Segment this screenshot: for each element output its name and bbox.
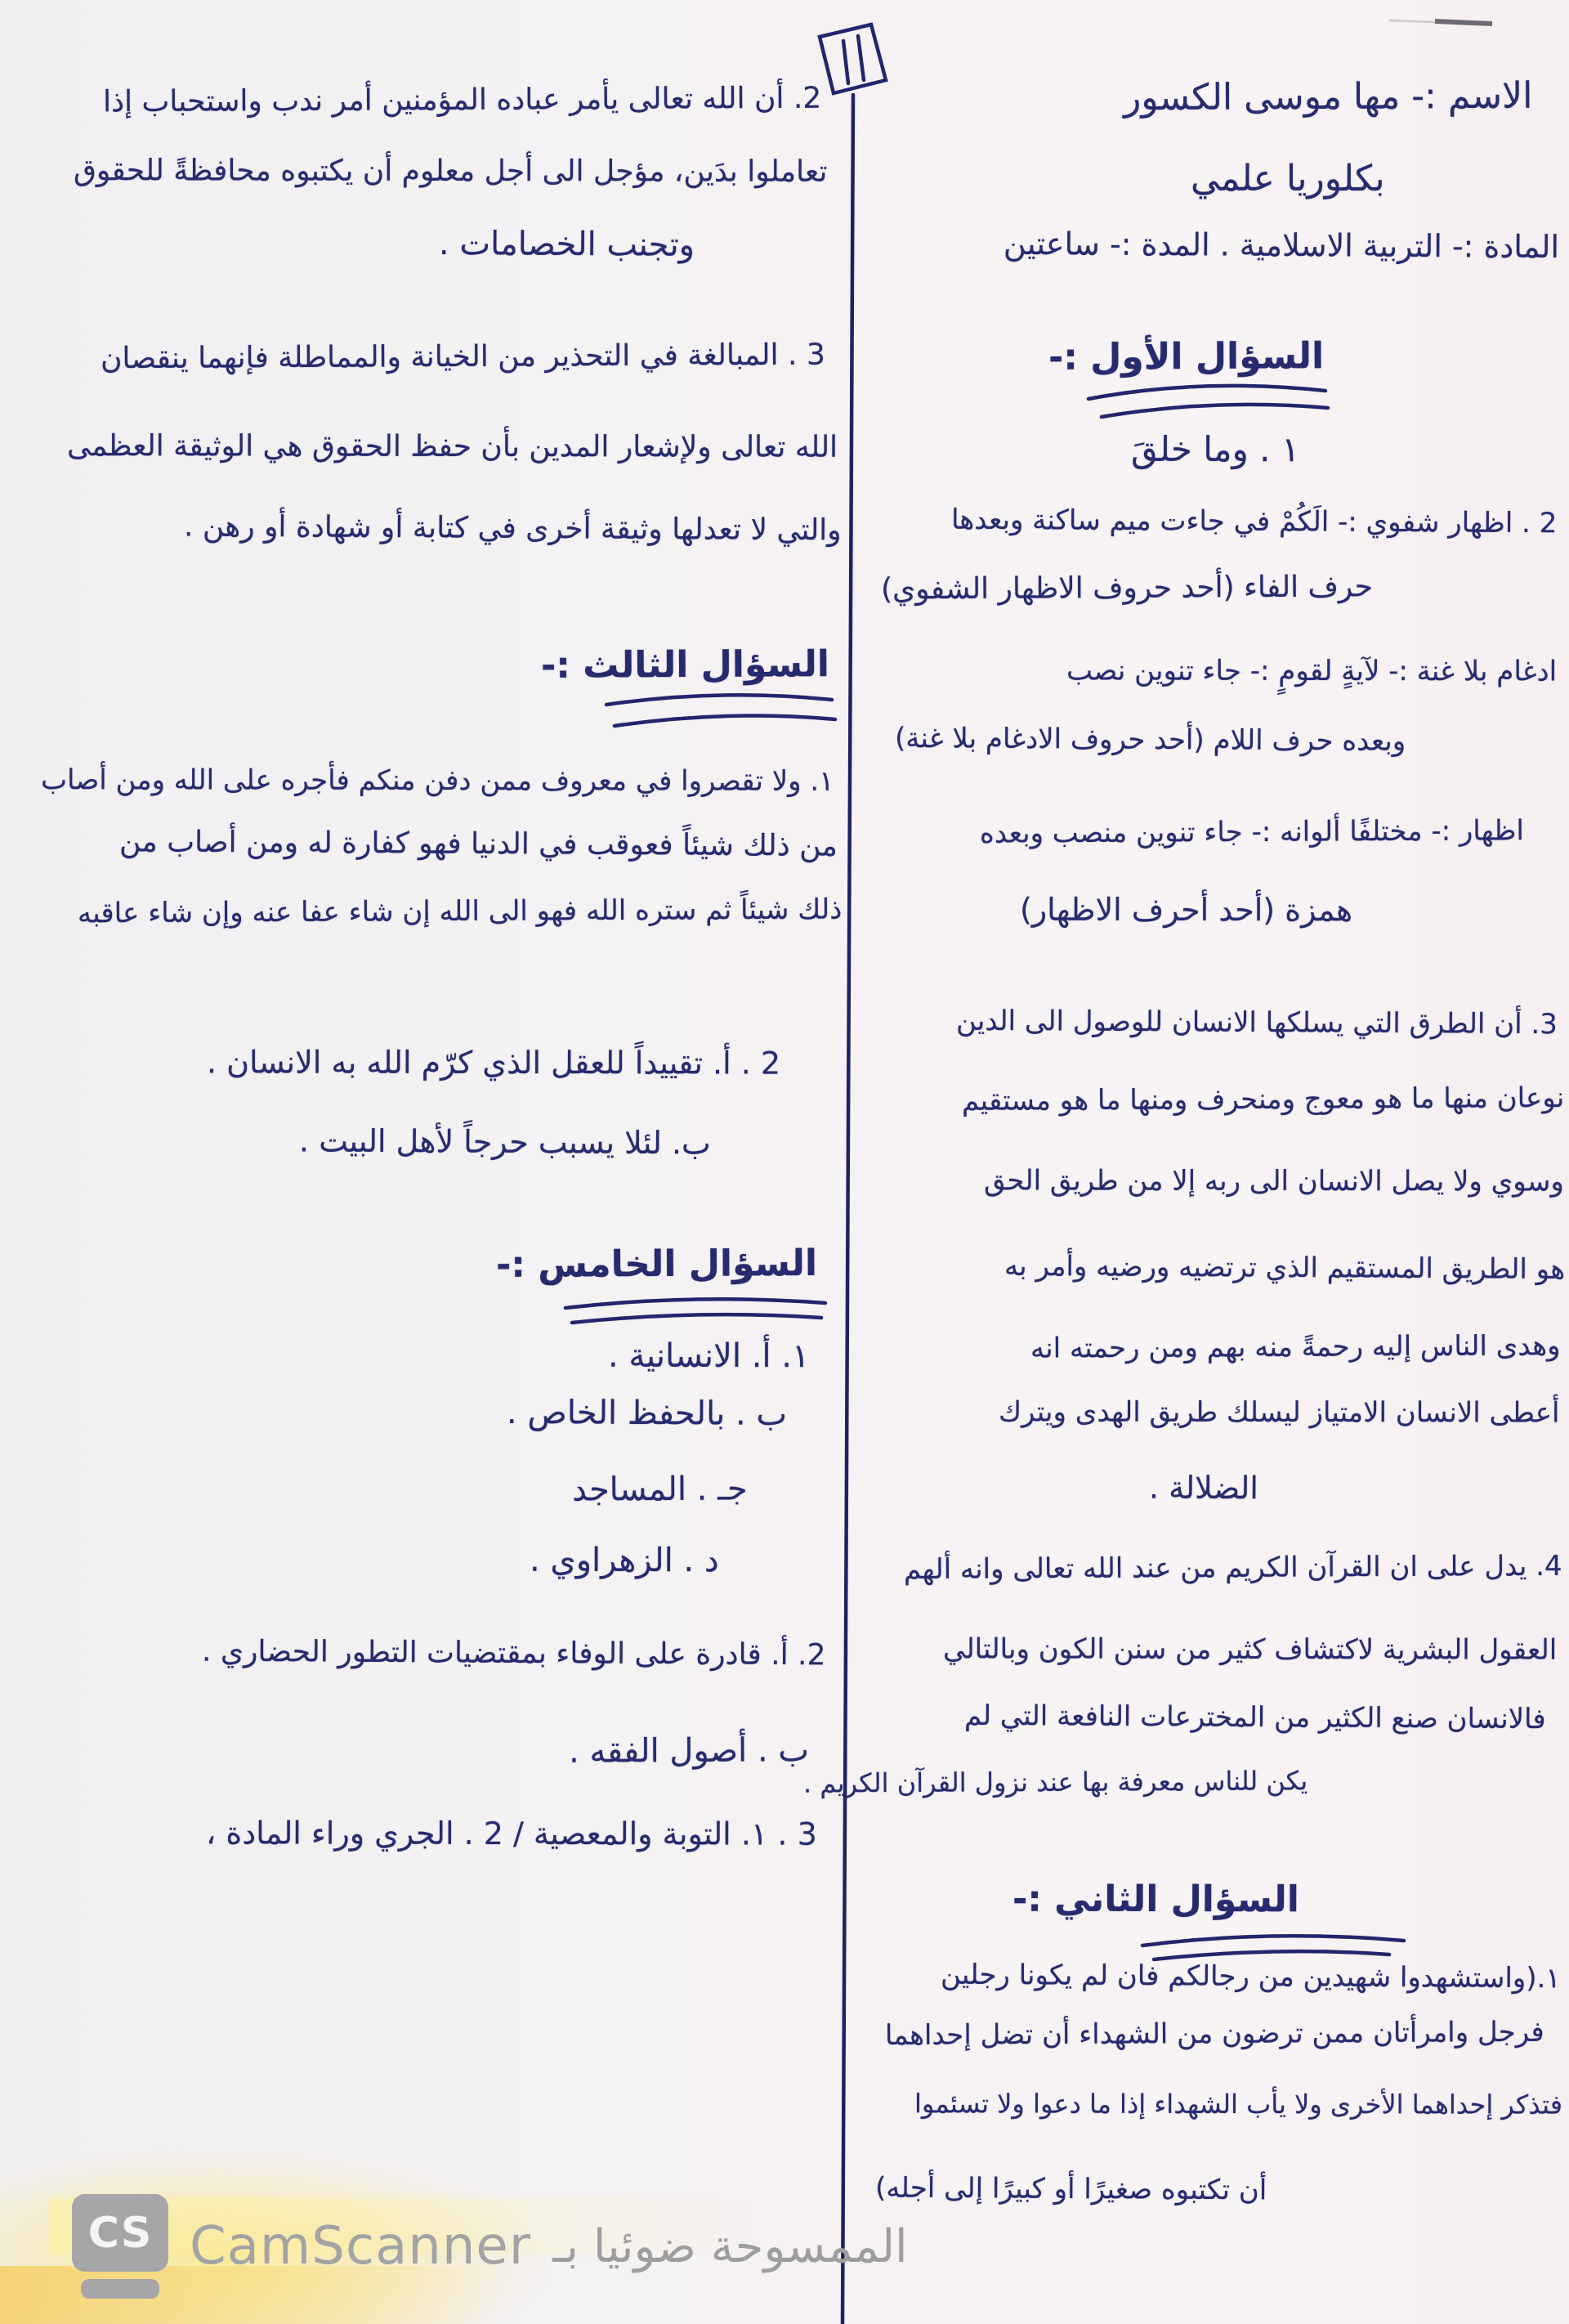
handwritten-line: ب. لئلا يسبب حرجاً لأهل البيت . <box>299 1124 711 1161</box>
handwritten-line: ذلك شيئاً ثم ستره الله فهو الى الله إن ش… <box>78 895 843 929</box>
handwritten-line: وهدى الناس إليه رحمةً منه بهم ومن رحمته … <box>1030 1331 1561 1364</box>
page-number-box <box>820 25 886 93</box>
handwritten-line: العقول البشرية لاكتشاف كثير من سنن الكون… <box>943 1634 1557 1666</box>
handwritten-line: أن تكتبوه صغيرًا أو كبيرًا إلى أجله) <box>875 2174 1267 2206</box>
question5-underline <box>565 1299 825 1323</box>
handwritten-line: اظهار :- مختلفًا ألوانه :- جاء تنوين منص… <box>980 816 1524 849</box>
camscanner-arabic-text: الممسوحة ضوئيا بـ <box>552 2220 908 2273</box>
question3-heading: السؤال الثالث :- <box>541 645 829 686</box>
handwritten-line: تعاملوا بدَين، مؤجل الى أجل معلوم أن يكت… <box>74 154 827 188</box>
handwritten-line: الله تعالى ولإشعار المدين بأن حفظ الحقوق… <box>67 430 838 463</box>
camscanner-logo-chin <box>81 2279 160 2299</box>
question2-underline <box>1142 1936 1404 1959</box>
question5-heading: السؤال الخامس :- <box>496 1244 817 1285</box>
handwritten-line: ادغام بلا غنة :- لآيةٍ لقومٍ :- جاء تنوي… <box>1066 656 1557 687</box>
handwritten-line: وبعده حرف اللام (أحد حروف الادغام بلا غن… <box>895 723 1406 757</box>
column-divider-line <box>843 95 853 2324</box>
question3-underline <box>606 695 835 726</box>
handwritten-line: 3 . المبالغة في التحذير من الخيانة والمم… <box>101 339 825 375</box>
scan-artifact-line <box>1389 20 1492 24</box>
handwritten-line: ١. ولا تقصروا في معروف ممن دفن منكم فأجر… <box>41 765 834 797</box>
handwritten-line: هو الطريق المستقيم الذي ترتضيه ورضيه وأم… <box>1004 1252 1565 1286</box>
handwritten-line: 3 . ١. التوبة والمعصية / 2 . الجري وراء … <box>206 1816 817 1852</box>
handwritten-line: حرف الفاء (أحد حروف الاظهار الشفوي) <box>881 571 1373 606</box>
handwritten-line: من ذلك شيئاً فعوقب في الدنيا فهو كفارة ل… <box>119 826 838 862</box>
camscanner-brand-text: CamScanner <box>190 2216 531 2277</box>
handwritten-line: 2. أ. قادرة على الوفاء بمقتضيات التطور ا… <box>201 1636 825 1672</box>
handwritten-line: والتي لا تعدلها وثيقة أخرى في كتابة أو ش… <box>184 511 842 548</box>
handwritten-line: يكن للناس معرفة بها عند نزول القرآن الكر… <box>803 1767 1307 1798</box>
handwritten-line: ١ . وما خلقَ <box>1131 431 1300 469</box>
student-name-line: الاسم :- مها موسى الكسور <box>1124 77 1533 119</box>
handwritten-line: 2 . أ. تقييداً للعقل الذي كرّم الله به ا… <box>207 1046 780 1081</box>
handwritten-line: جـ . المساجد <box>572 1471 748 1507</box>
handwritten-line: فالانسان صنع الكثير من المخترعات النافعة… <box>964 1701 1546 1735</box>
camscanner-logo-icon: CS <box>72 2194 168 2299</box>
degree-line: بكلوريا علمي <box>1191 159 1385 199</box>
handwritten-line: د . الزهراوي . <box>530 1543 719 1578</box>
camscanner-watermark: CS CamScanner الممسوحة ضوئيا بـ <box>72 2194 908 2299</box>
question2-heading: السؤال الثاني :- <box>1012 1880 1299 1920</box>
handwritten-line: فتذكر إحداهما الأخرى ولا يأب الشهداء إذا… <box>914 2089 1562 2120</box>
handwritten-line: الضلالة . <box>1149 1471 1258 1507</box>
question1-heading: السؤال الأول :- <box>1048 337 1324 378</box>
scanned-exam-page: الاسم :- مها موسى الكسور بكلوريا علمي ال… <box>0 0 1569 2324</box>
handwritten-line: 2. أن الله تعالى يأمر عباده المؤمنين أمر… <box>103 83 821 119</box>
handwritten-line: 2 . اظهار شفوي :- الَكُمْ في جاءت ميم سا… <box>951 505 1558 540</box>
handwritten-line: ١.(واستشهدوا شهيدين من رجالكم فان لم يكو… <box>941 1960 1561 1995</box>
subject-duration-line: المادة :- التربية الاسلامية . المدة :- س… <box>1004 227 1559 265</box>
question1-underline <box>1088 386 1328 417</box>
handwritten-line: ب . أصول الفقه . <box>569 1732 809 1770</box>
handwritten-line: همزة (أحد أحرف الاظهار) <box>1020 893 1352 929</box>
handwritten-line: أعطى الانسان الامتياز ليسلك طريق الهدى و… <box>998 1397 1559 1429</box>
handwritten-line: وتجنب الخصامات . <box>439 226 695 263</box>
handwritten-line: 4. يدل على ان القرآن الكريم من عند الله … <box>904 1552 1562 1586</box>
handwritten-line: ١. أ. الانسانية . <box>607 1338 809 1374</box>
handwritten-line: 3. أن الطرق التي يسلكها الانسان للوصول ا… <box>956 1006 1558 1041</box>
handwritten-line: وسوي ولا يصل الانسان الى ربه إلا من طريق… <box>984 1166 1564 1198</box>
handwritten-line: نوعان منها ما هو معوج ومنحرف ومنها ما هو… <box>962 1083 1565 1117</box>
handwritten-line: فرجل وامرأتان ممن ترضون من الشهداء أن تض… <box>885 2017 1544 2052</box>
handwritten-line: ب . بالحفظ الخاص . <box>507 1395 787 1432</box>
camscanner-logo-letters: CS <box>72 2194 168 2272</box>
